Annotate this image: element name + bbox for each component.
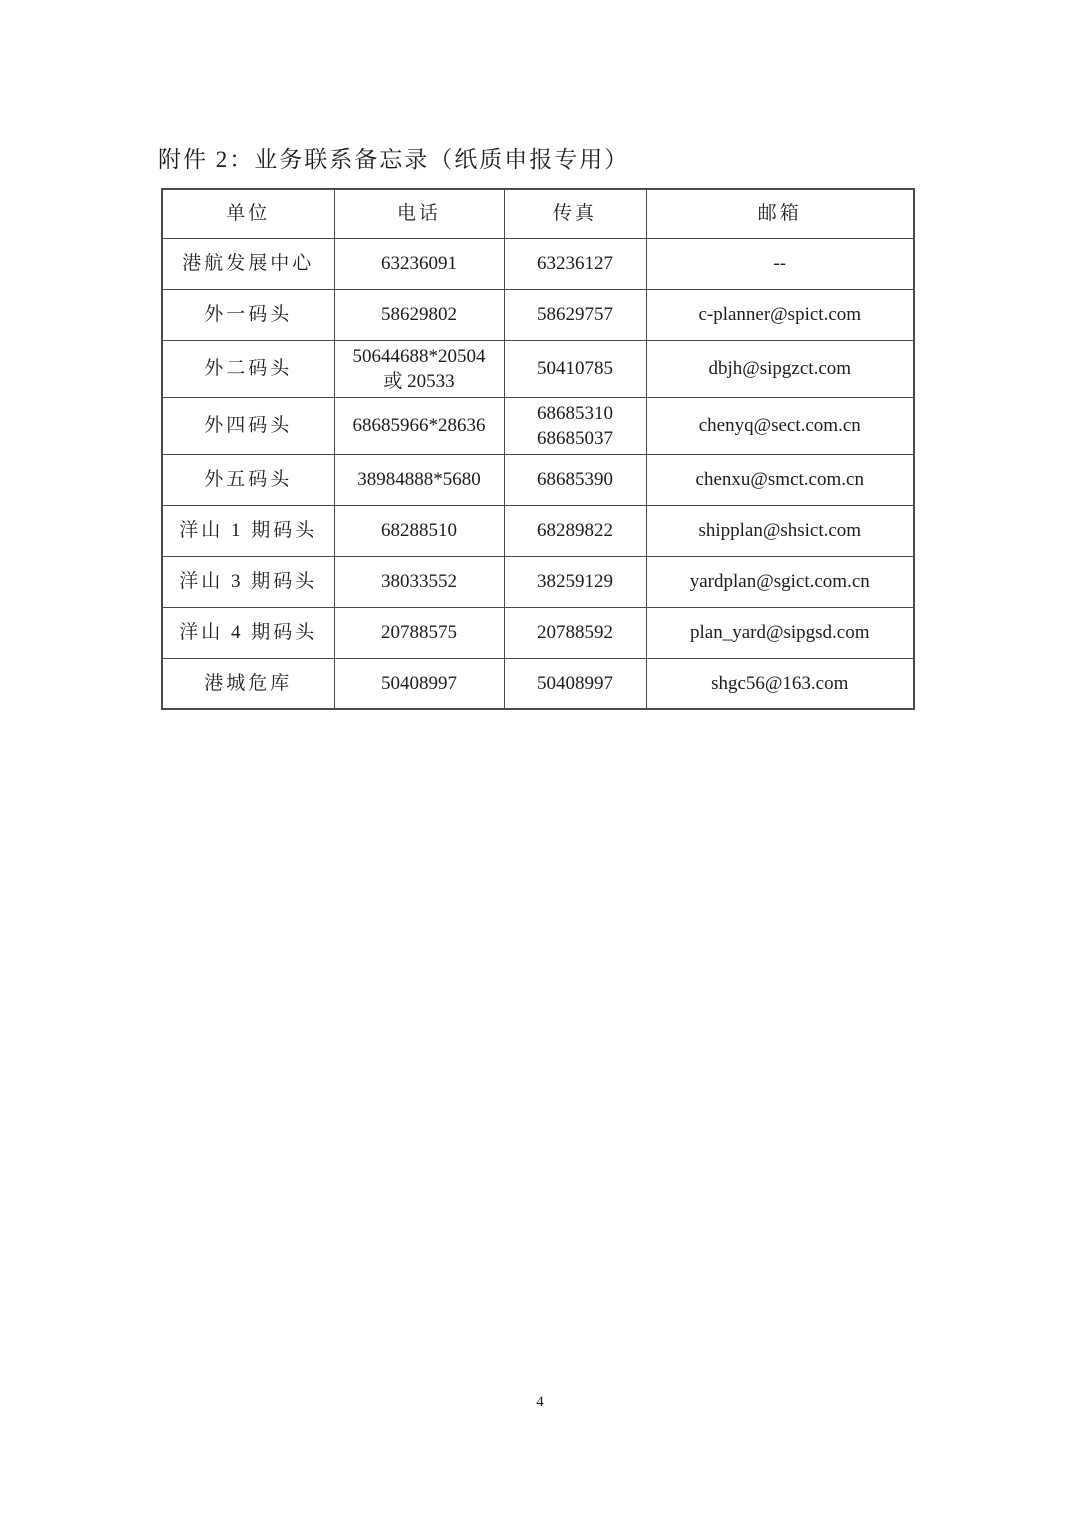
table-row: 洋山 3 期码头 38033552 38259129 yardplan@sgic… <box>162 556 914 607</box>
phone-cell: 38984888*5680 <box>334 454 504 505</box>
unit-cell: 洋山 4 期码头 <box>162 607 334 658</box>
email-cell: shipplan@shsict.com <box>646 505 914 556</box>
email-cell: chenyq@sect.com.cn <box>646 397 914 454</box>
email-cell: chenxu@smct.com.cn <box>646 454 914 505</box>
email-cell: shgc56@163.com <box>646 658 914 709</box>
column-header-fax: 传真 <box>504 189 646 238</box>
table-body: 港航发展中心 63236091 63236127 -- 外一码头 5862980… <box>162 238 914 709</box>
fax-cell: 20788592 <box>504 607 646 658</box>
email-cell: -- <box>646 238 914 289</box>
fax-cell: 68685390 <box>504 454 646 505</box>
email-cell: plan_yard@sipgsd.com <box>646 607 914 658</box>
page-title: 附件 2：业务联系备忘录（纸质申报专用） <box>158 141 629 174</box>
fax-cell: 68289822 <box>504 505 646 556</box>
table-header-row: 单位 电话 传真 邮箱 <box>162 189 914 238</box>
unit-cell: 外四码头 <box>162 397 334 454</box>
table-row: 港城危库 50408997 50408997 shgc56@163.com <box>162 658 914 709</box>
unit-cell: 港城危库 <box>162 658 334 709</box>
unit-cell: 洋山 3 期码头 <box>162 556 334 607</box>
table-row: 洋山 4 期码头 20788575 20788592 plan_yard@sip… <box>162 607 914 658</box>
column-header-phone: 电话 <box>334 189 504 238</box>
table-row: 外二码头 50644688*20504 或 20533 50410785 dbj… <box>162 340 914 397</box>
table-row: 港航发展中心 63236091 63236127 -- <box>162 238 914 289</box>
fax-cell: 50408997 <box>504 658 646 709</box>
phone-cell: 50644688*20504 或 20533 <box>334 340 504 397</box>
phone-cell: 68288510 <box>334 505 504 556</box>
fax-cell: 63236127 <box>504 238 646 289</box>
phone-cell: 68685966*28636 <box>334 397 504 454</box>
fax-cell: 50410785 <box>504 340 646 397</box>
table-row: 外五码头 38984888*5680 68685390 chenxu@smct.… <box>162 454 914 505</box>
fax-cell: 58629757 <box>504 289 646 340</box>
contact-table: 单位 电话 传真 邮箱 港航发展中心 63236091 63236127 -- … <box>161 188 915 710</box>
phone-cell: 38033552 <box>334 556 504 607</box>
phone-cell: 58629802 <box>334 289 504 340</box>
column-header-unit: 单位 <box>162 189 334 238</box>
phone-cell: 20788575 <box>334 607 504 658</box>
table-row: 外四码头 68685966*28636 68685310 68685037 ch… <box>162 397 914 454</box>
fax-cell: 38259129 <box>504 556 646 607</box>
unit-cell: 洋山 1 期码头 <box>162 505 334 556</box>
fax-cell: 68685310 68685037 <box>504 397 646 454</box>
unit-cell: 港航发展中心 <box>162 238 334 289</box>
email-cell: yardplan@sgict.com.cn <box>646 556 914 607</box>
phone-cell: 50408997 <box>334 658 504 709</box>
unit-cell: 外二码头 <box>162 340 334 397</box>
unit-cell: 外一码头 <box>162 289 334 340</box>
unit-cell: 外五码头 <box>162 454 334 505</box>
table-row: 洋山 1 期码头 68288510 68289822 shipplan@shsi… <box>162 505 914 556</box>
table-row: 外一码头 58629802 58629757 c-planner@spict.c… <box>162 289 914 340</box>
phone-cell: 63236091 <box>334 238 504 289</box>
page-number: 4 <box>0 1394 1080 1411</box>
email-cell: c-planner@spict.com <box>646 289 914 340</box>
column-header-email: 邮箱 <box>646 189 914 238</box>
email-cell: dbjh@sipgzct.com <box>646 340 914 397</box>
